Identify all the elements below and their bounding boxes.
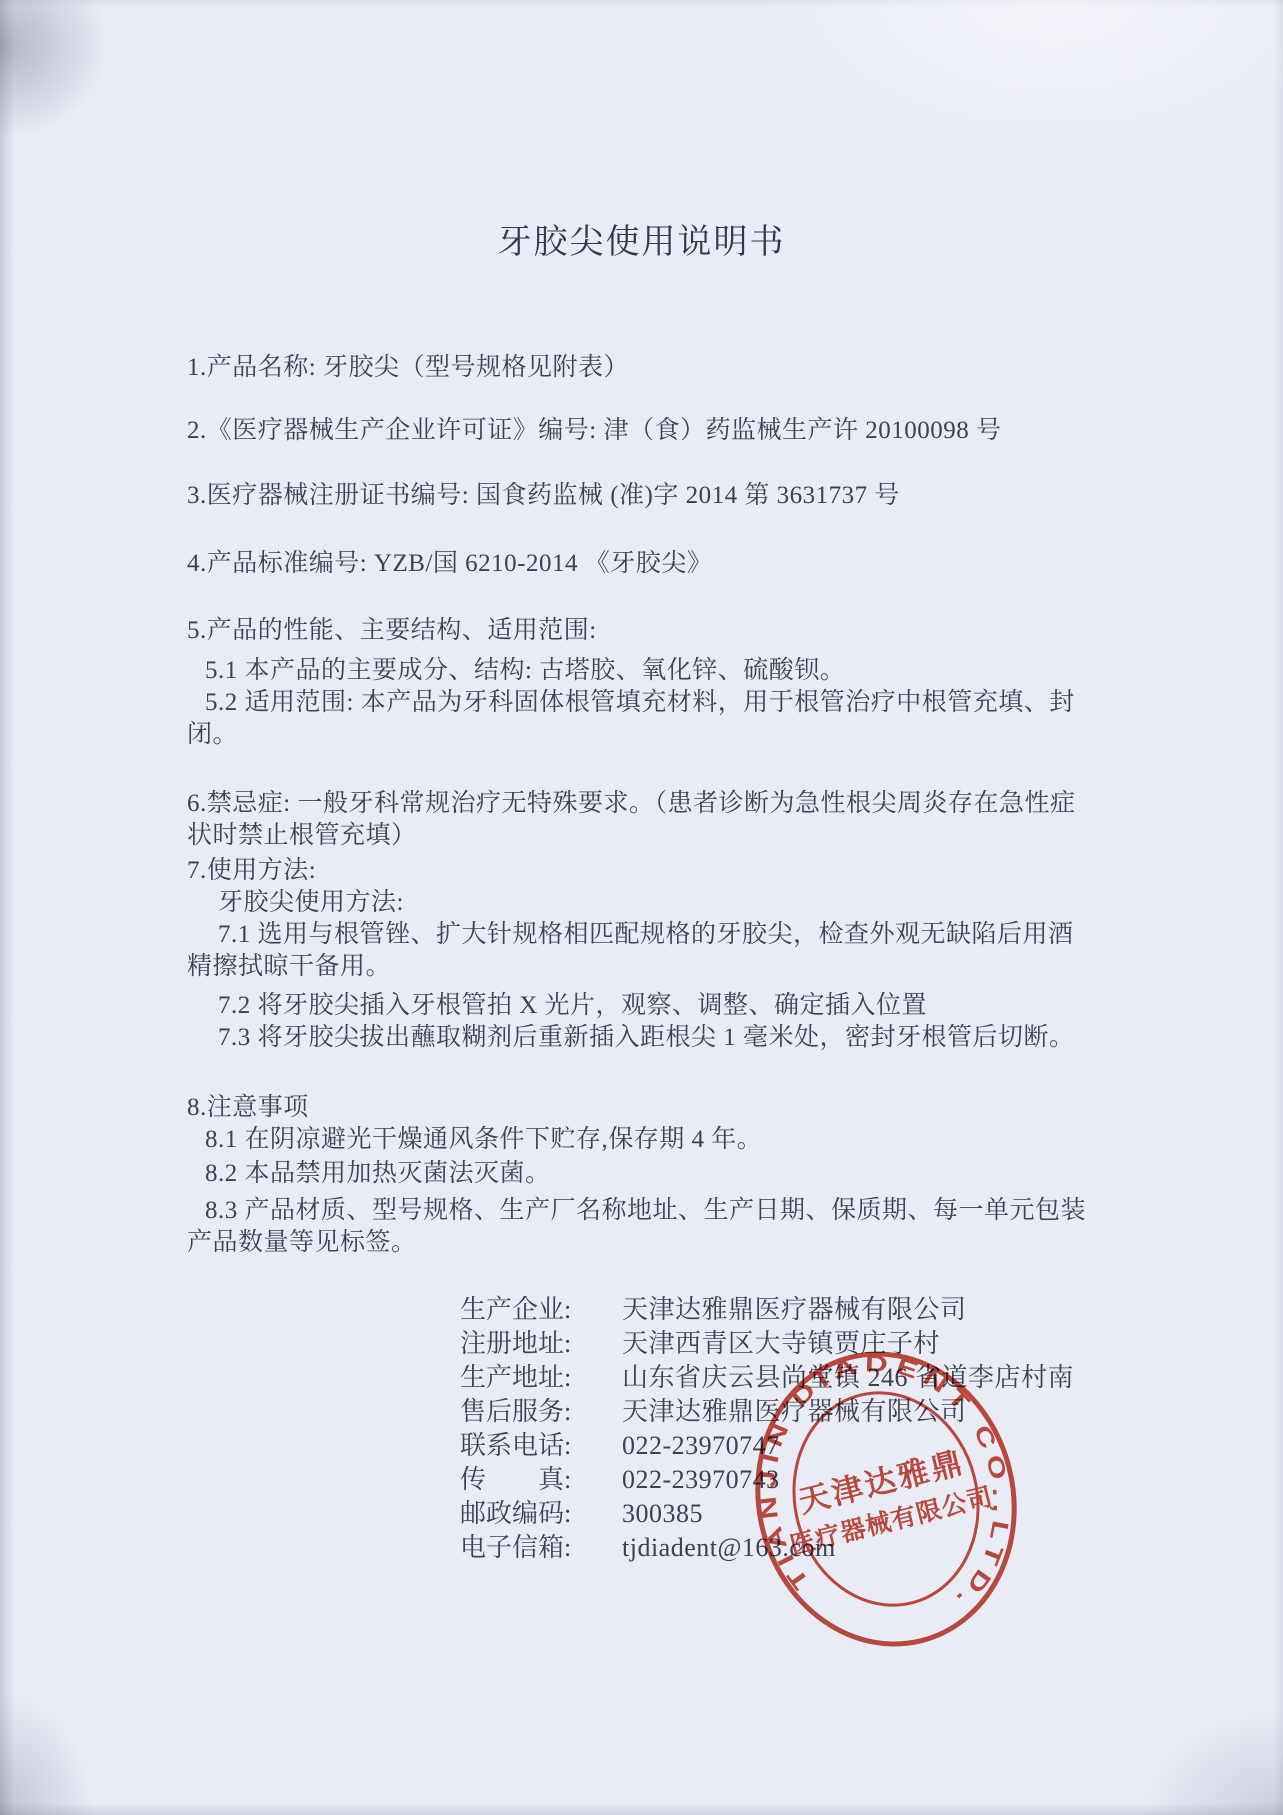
scanned-document-page: 牙胶尖使用说明书 1.产品名称: 牙胶尖（型号规格见附表） 2.《医疗器械生产企… bbox=[0, 0, 1283, 1815]
company-row: 生产企业:天津达雅鼎医疗器械有限公司 bbox=[460, 1293, 1100, 1327]
body-line: 7.1 选用与根管锉、扩大针规格相匹配规格的牙胶尖，检查外观无缺陷后用酒 bbox=[187, 919, 1112, 951]
company-row-label: 生产地址: bbox=[460, 1361, 622, 1395]
body-line: 5.2 适用范围: 本产品为牙科固体根管填充材料，用于根管治疗中根管充填、封 bbox=[187, 687, 1112, 719]
document-body: 1.产品名称: 牙胶尖（型号规格见附表） 2.《医疗器械生产企业许可证》编号: … bbox=[187, 352, 1112, 1259]
body-line: 精擦拭晾干备用。 bbox=[187, 951, 1112, 983]
body-line: 1.产品名称: 牙胶尖（型号规格见附表） bbox=[187, 352, 1112, 384]
body-line: 5.产品的性能、主要结构、适用范围: bbox=[187, 615, 1112, 647]
company-row-label: 电子信箱: bbox=[460, 1531, 622, 1565]
body-line: 闭。 bbox=[187, 719, 1112, 751]
company-row-value: 天津达雅鼎医疗器械有限公司 bbox=[622, 1295, 967, 1324]
company-row-label: 售后服务: bbox=[460, 1395, 622, 1429]
company-row-label: 传 真: bbox=[460, 1463, 622, 1497]
body-line: 7.2 将牙胶尖插入牙根管拍 X 光片，观察、调整、确定插入位置 bbox=[187, 990, 1112, 1022]
company-row-value: 300385 bbox=[622, 1499, 703, 1528]
document-title: 牙胶尖使用说明书 bbox=[0, 214, 1283, 263]
body-line: 2.《医疗器械生产企业许可证》编号: 津（食）药监械生产许 20100098 号 bbox=[187, 415, 1112, 447]
body-line: 牙胶尖使用方法: bbox=[187, 887, 1112, 919]
company-row-label: 注册地址: bbox=[460, 1327, 622, 1361]
body-line: 7.使用方法: bbox=[187, 855, 1112, 887]
company-row: 注册地址:天津西青区大寺镇贾庄子村 bbox=[460, 1327, 1100, 1361]
body-line: 状时禁止根管充填） bbox=[187, 820, 1112, 852]
body-line: 5.1 本产品的主要成分、结构: 古塔胶、氧化锌、硫酸钡。 bbox=[187, 655, 1112, 687]
body-line: 8.注意事项 bbox=[187, 1092, 1112, 1124]
body-line: 4.产品标准编号: YZB/国 6210-2014 《牙胶尖》 bbox=[187, 548, 1112, 580]
body-line: 6.禁忌症: 一般牙科常规治疗无特殊要求。（患者诊断为急性根尖周炎存在急性症 bbox=[187, 788, 1112, 820]
body-line: 3.医疗器械注册证书编号: 国食药监械 (准)字 2014 第 3631737 … bbox=[187, 480, 1112, 512]
body-line: 8.2 本品禁用加热灭菌法灭菌。 bbox=[187, 1158, 1112, 1190]
body-line: 7.3 将牙胶尖拔出蘸取糊剂后重新插入距根尖 1 毫米处，密封牙根管后切断。 bbox=[187, 1022, 1112, 1054]
body-line: 8.3 产品材质、型号规格、生产厂名称地址、生产日期、保质期、每一单元包装 bbox=[187, 1195, 1112, 1227]
body-line: 产品数量等见标签。 bbox=[187, 1227, 1112, 1259]
company-row-label: 邮政编码: bbox=[460, 1497, 622, 1531]
body-line: 8.1 在阴凉避光干燥通风条件下贮存,保存期 4 年。 bbox=[187, 1124, 1112, 1156]
company-row-label: 生产企业: bbox=[460, 1293, 622, 1327]
company-row-label: 联系电话: bbox=[460, 1429, 622, 1463]
